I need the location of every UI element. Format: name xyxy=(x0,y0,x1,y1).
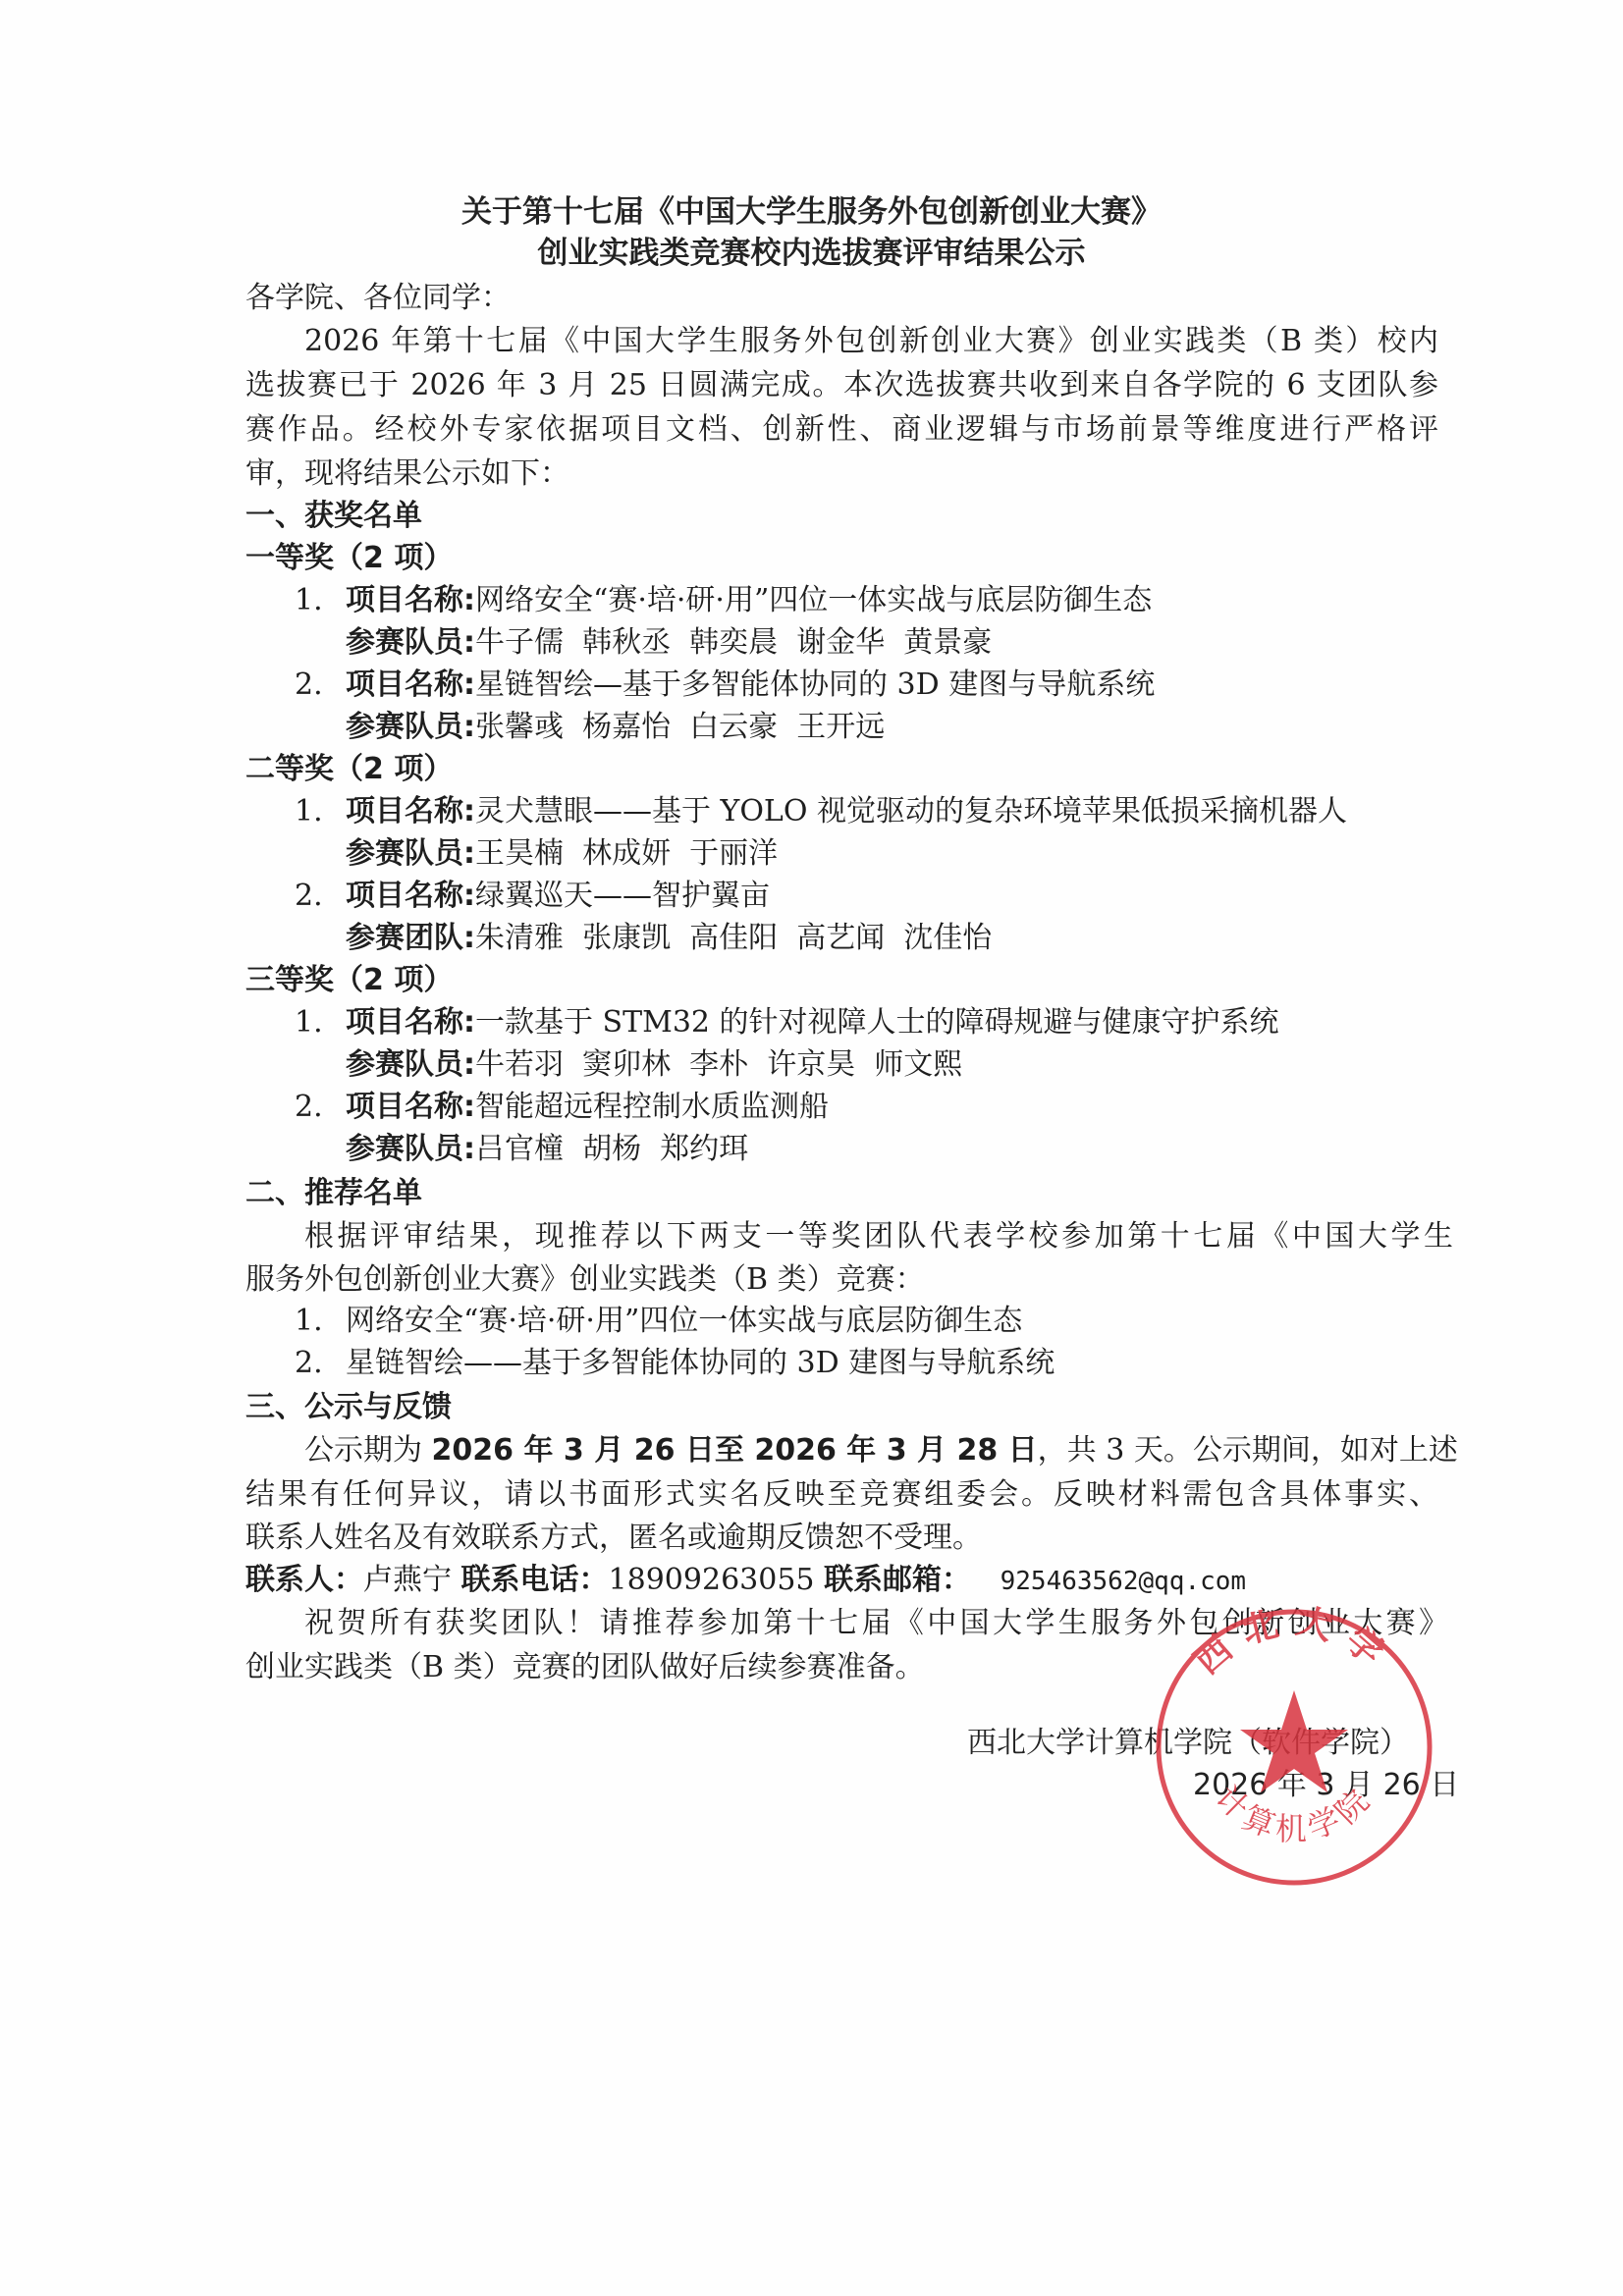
award-item-project: 1.项目名称:灵犬慧眼——基于 YOLO 视觉驱动的复杂环境苹果低损采摘机器人 xyxy=(295,792,1492,831)
member-names: 张馨彧 杨嘉怡 白云豪 王开远 xyxy=(475,710,885,744)
award-heading-third: 三等奖（2 项） xyxy=(245,961,1443,1000)
award-item-project: 1.项目名称:网络安全“赛·培·研·用”四位一体实战与底层防御生态 xyxy=(295,581,1492,620)
award-heading-first: 一等奖（2 项） xyxy=(245,539,1443,578)
section-heading-awards: 一、获奖名单 xyxy=(245,497,1443,536)
recommend-line-2: 服务外包创新创业大赛》创业实践类（B 类）竞赛： xyxy=(245,1260,1443,1300)
member-names: 吕官橦 胡杨 郑约珥 xyxy=(475,1132,748,1166)
project-name: 网络安全“赛·培·研·用”四位一体实战与底层防御生态 xyxy=(475,583,1152,617)
member-names: 朱清雅 张康凯 高佳阳 高艺闻 沈佳怡 xyxy=(475,921,992,955)
signature-org: 西北大学计算机学院（软件学院） xyxy=(967,1718,1409,1761)
award-item-project: 1.项目名称:一款基于 STM32 的针对视障人士的障碍规避与健康守护系统 xyxy=(295,1003,1492,1042)
section-heading-feedback: 三、公示与反馈 xyxy=(245,1388,1443,1427)
project-label: 项目名称: xyxy=(346,794,475,828)
document-title-line1: 关于第十七届《中国大学生服务外包创新创业大赛》 xyxy=(0,187,1623,231)
award-item-members: 参赛队员:牛子儒 韩秋丞 韩奕晨 谢金华 黄景豪 xyxy=(346,623,1543,663)
contact-line: 联系人：卢燕宁 联系电话：18909263055 联系邮箱： 925463562… xyxy=(245,1561,1443,1601)
recommended-name: 网络安全“赛·培·研·用”四位一体实战与底层防御生态 xyxy=(346,1304,1022,1338)
project-name: 灵犬慧眼——基于 YOLO 视觉驱动的复杂环境苹果低损采摘机器人 xyxy=(475,794,1347,828)
recommended-name: 星链智绘——基于多智能体协同的 3D 建图与导航系统 xyxy=(346,1346,1055,1380)
member-names: 牛若羽 窦卯林 李朴 许京昊 师文熙 xyxy=(475,1047,962,1082)
signature-date: 2026 年 3 月 26 日 xyxy=(1193,1760,1459,1803)
intro-line-2: 选拔赛已于 2026 年 3 月 25 日圆满完成。本次选拔赛共收到来自各学院的… xyxy=(245,366,1438,405)
member-names: 牛子儒 韩秋丞 韩奕晨 谢金华 黄景豪 xyxy=(475,625,992,660)
item-number: 1. xyxy=(295,581,346,620)
closing-line-1: 祝贺所有获奖团队！请推荐参加第十七届《中国大学生服务外包创新创业大赛》 xyxy=(304,1604,1448,1643)
item-number: 1. xyxy=(295,1003,346,1042)
contact-email[interactable]: 925463562@qq.com xyxy=(1001,1567,1246,1596)
contact-person-label: 联系人： xyxy=(245,1563,363,1597)
project-label: 项目名称: xyxy=(346,667,475,702)
project-name: 智能超远程控制水质监测船 xyxy=(475,1090,829,1124)
item-number: 1. xyxy=(295,792,346,831)
recommended-item: 2.星链智绘——基于多智能体协同的 3D 建图与导航系统 xyxy=(295,1344,1492,1383)
feedback-line-1: 公示期为 2026 年 3 月 26 日至 2026 年 3 月 28 日，共 … xyxy=(304,1431,1502,1470)
member-label: 参赛队员: xyxy=(346,1047,475,1082)
project-label: 项目名称: xyxy=(346,1090,475,1124)
award-item-members: 参赛队员:牛若羽 窦卯林 李朴 许京昊 师文熙 xyxy=(346,1045,1543,1085)
contact-email-label: 联系邮箱： xyxy=(824,1563,971,1597)
award-item-members: 参赛队员:张馨彧 杨嘉怡 白云豪 王开远 xyxy=(346,708,1543,747)
project-label: 项目名称: xyxy=(346,879,475,913)
feedback-line-3: 联系人姓名及有效联系方式，匿名或逾期反馈恕不受理。 xyxy=(245,1519,1443,1558)
document-page: 关于第十七届《中国大学生服务外包创新创业大赛》 创业实践类竞赛校内选拔赛评审结果… xyxy=(0,0,1623,2296)
closing-line-2: 创业实践类（B 类）竞赛的团队做好后续参赛准备。 xyxy=(245,1648,1443,1687)
contact-phone-label: 联系电话： xyxy=(461,1563,609,1597)
member-label: 参赛队员: xyxy=(346,1132,475,1166)
salutation: 各学院、各位同学： xyxy=(245,279,1443,318)
intro-line-3: 赛作品。经校外专家依据项目文档、创新性、商业逻辑与市场前景等维度进行严格评 xyxy=(245,410,1438,450)
member-names: 王昊楠 林成妍 于丽洋 xyxy=(475,836,778,871)
publicity-period: 2026 年 3 月 26 日至 2026 年 3 月 28 日 xyxy=(432,1433,1038,1468)
project-name: 一款基于 STM32 的针对视障人士的障碍规避与健康守护系统 xyxy=(475,1005,1279,1040)
award-item-members: 参赛队员:王昊楠 林成妍 于丽洋 xyxy=(346,834,1543,874)
recommend-line-1: 根据评审结果，现推荐以下两支一等奖团队代表学校参加第十七届《中国大学生 xyxy=(304,1217,1453,1256)
item-number: 2. xyxy=(295,1088,346,1127)
member-label: 参赛队员: xyxy=(346,710,475,744)
contact-person: 卢燕宁 xyxy=(363,1563,452,1597)
project-label: 项目名称: xyxy=(346,583,475,617)
project-name: 星链智绘—基于多智能体协同的 3D 建图与导航系统 xyxy=(475,667,1155,702)
award-item-project: 2.项目名称:星链智绘—基于多智能体协同的 3D 建图与导航系统 xyxy=(295,666,1492,705)
member-label: 参赛队员: xyxy=(346,836,475,871)
team-label: 参赛团队: xyxy=(346,921,475,955)
contact-phone: 18909263055 xyxy=(609,1563,815,1597)
item-number: 2. xyxy=(295,1344,346,1383)
award-item-members: 参赛队员:吕官橦 胡杨 郑约珥 xyxy=(346,1130,1543,1169)
intro-line-1: 2026 年第十七届《中国大学生服务外包创新创业大赛》创业实践类（B 类）校内 xyxy=(304,322,1438,361)
award-item-project: 2.项目名称:绿翼巡天——智护翼亩 xyxy=(295,877,1492,916)
item-number: 2. xyxy=(295,666,346,705)
recommended-item: 1.网络安全“赛·培·研·用”四位一体实战与底层防御生态 xyxy=(295,1302,1492,1341)
award-item-members: 参赛团队:朱清雅 张康凯 高佳阳 高艺闻 沈佳怡 xyxy=(346,919,1543,958)
document-title-line2: 创业实践类竞赛校内选拔赛评审结果公示 xyxy=(0,228,1623,272)
member-label: 参赛队员: xyxy=(346,625,475,660)
project-name: 绿翼巡天——智护翼亩 xyxy=(475,879,770,913)
award-item-project: 2.项目名称:智能超远程控制水质监测船 xyxy=(295,1088,1492,1127)
section-heading-recommend: 二、推荐名单 xyxy=(245,1174,1443,1213)
project-label: 项目名称: xyxy=(346,1005,475,1040)
award-heading-second: 二等奖（2 项） xyxy=(245,750,1443,789)
feedback-line-2: 结果有任何异议，请以书面形式实名反映至竞赛组委会。反映材料需包含具体事实、 xyxy=(245,1475,1438,1515)
item-number: 2. xyxy=(295,877,346,916)
intro-line-4: 审，现将结果公示如下： xyxy=(245,454,1443,494)
item-number: 1. xyxy=(295,1302,346,1341)
